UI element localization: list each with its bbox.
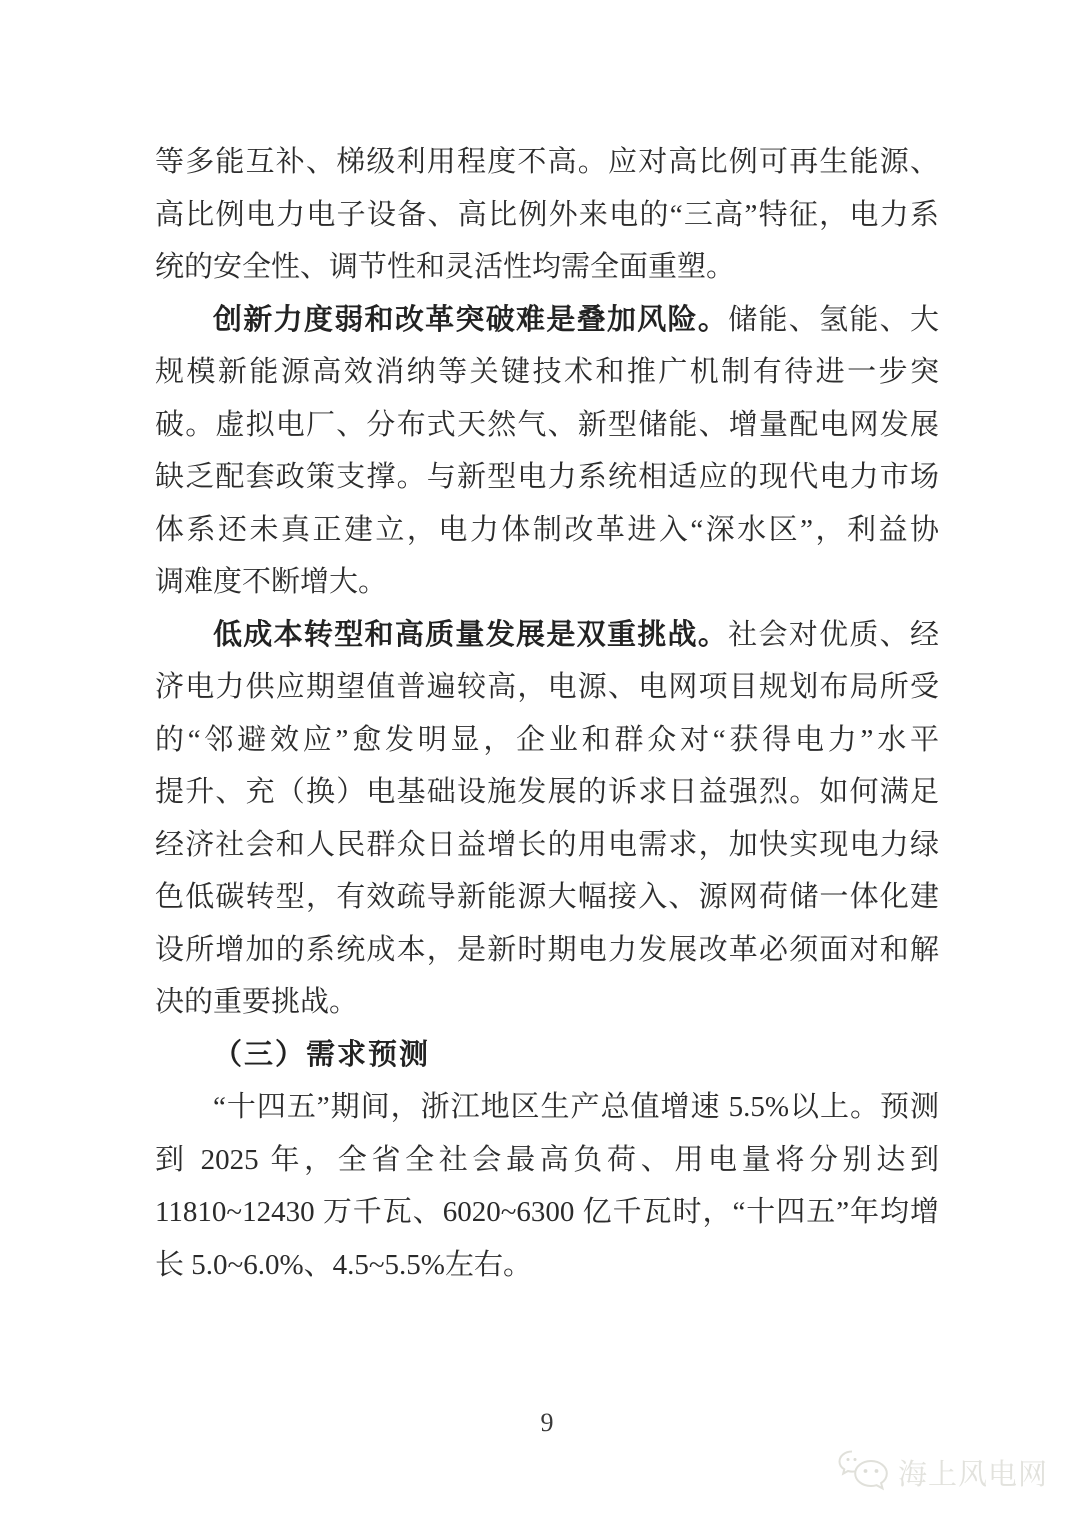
paragraph: “十四五”期间，浙江地区生产总值增速 5.5%以上。预测 到 2025 年，全省…: [155, 1081, 939, 1291]
text-run: 规模新能源高效消纳等关键技术和推广机制有待进一步突: [155, 356, 939, 388]
text-line: 的“邻避效应”愈发明显，企业和群众对“获得电力”水平: [155, 714, 939, 767]
wechat-icon: [837, 1449, 891, 1495]
watermark: 海上风电网: [837, 1449, 1048, 1495]
text-line: 创新力度弱和改革突破难是叠加风险。储能、氢能、大: [155, 294, 939, 347]
watermark-text: 海上风电网: [898, 1452, 1048, 1493]
text-run: “十四五”期间，浙江地区生产总值增速 5.5%以上。预测: [213, 1091, 939, 1123]
text-run: 等多能互补、梯级利用程度不高。应对高比例可再生能源、: [155, 146, 939, 178]
bold-lead-run: 创新力度弱和改革突破难是叠加风险。: [213, 304, 728, 336]
text-run: 色低碳转型，有效疏导新能源大幅接入、源网荷储一体化建: [155, 881, 939, 913]
text-line: 决的重要挑战。: [155, 976, 939, 1029]
text-line: 调难度不断增大。: [155, 556, 939, 609]
section-heading: （三）需求预测: [155, 1029, 939, 1082]
document-page: 等多能互补、梯级利用程度不高。应对高比例可再生能源、 高比例电力电子设备、高比例…: [0, 0, 1080, 1527]
text-run: 的“邻避效应”愈发明显，企业和群众对“获得电力”水平: [155, 724, 939, 756]
text-line: 规模新能源高效消纳等关键技术和推广机制有待进一步突: [155, 346, 939, 399]
text-line: “十四五”期间，浙江地区生产总值增速 5.5%以上。预测: [155, 1081, 939, 1134]
text-line: 经济社会和人民群众日益增长的用电需求，加快实现电力绿: [155, 819, 939, 872]
document-body: 等多能互补、梯级利用程度不高。应对高比例可再生能源、 高比例电力电子设备、高比例…: [155, 136, 939, 1291]
heading-line: （三）需求预测: [155, 1029, 939, 1082]
text-run: 统的安全性、调节性和灵活性均需全面重塑。: [155, 251, 735, 283]
text-run: 体系还未真正建立，电力体制改革进入“深水区”，利益协: [155, 514, 939, 546]
text-run: 高比例电力电子设备、高比例外来电的“三高”特征，电力系: [155, 199, 939, 231]
text-line: 济电力供应期望值普遍较高，电源、电网项目规划布局所受: [155, 661, 939, 714]
text-run: 破。虚拟电厂、分布式天然气、新型储能、增量配电网发展: [155, 409, 939, 441]
text-line: 设所增加的系统成本，是新时期电力发展改革必须面对和解: [155, 924, 939, 977]
text-run: 储能、氢能、大: [728, 304, 939, 336]
text-line: 等多能互补、梯级利用程度不高。应对高比例可再生能源、: [155, 136, 939, 189]
text-run: 决的重要挑战。: [155, 986, 358, 1018]
text-line: 破。虚拟电厂、分布式天然气、新型储能、增量配电网发展: [155, 399, 939, 452]
text-line: 高比例电力电子设备、高比例外来电的“三高”特征，电力系: [155, 189, 939, 242]
text-run: 11810~12430 万千瓦、6020~6300 亿千瓦时，“十四五”年均增: [155, 1196, 939, 1228]
paragraph: 等多能互补、梯级利用程度不高。应对高比例可再生能源、 高比例电力电子设备、高比例…: [155, 136, 939, 294]
text-run: 提升、充（换）电基础设施发展的诉求日益强烈。如何满足: [155, 776, 939, 808]
text-run: 到 2025 年，全省全社会最高负荷、用电量将分别达到: [155, 1144, 939, 1176]
page-number: 9: [541, 1408, 554, 1437]
paragraph: 创新力度弱和改革突破难是叠加风险。储能、氢能、大 规模新能源高效消纳等关键技术和…: [155, 294, 939, 609]
text-run: 济电力供应期望值普遍较高，电源、电网项目规划布局所受: [155, 671, 939, 703]
text-line: 到 2025 年，全省全社会最高负荷、用电量将分别达到: [155, 1134, 939, 1187]
text-run: 缺乏配套政策支撑。与新型电力系统相适应的现代电力市场: [155, 461, 939, 493]
text-run: 调难度不断增大。: [155, 566, 387, 598]
heading-text: （三）需求预测: [213, 1039, 430, 1071]
text-line: 统的安全性、调节性和灵活性均需全面重塑。: [155, 241, 939, 294]
paragraph: 低成本转型和高质量发展是双重挑战。社会对优质、经 济电力供应期望值普遍较高，电源…: [155, 609, 939, 1029]
page-footer: 9: [155, 1408, 939, 1438]
text-line: 低成本转型和高质量发展是双重挑战。社会对优质、经: [155, 609, 939, 662]
bold-lead-run: 低成本转型和高质量发展是双重挑战。: [213, 619, 728, 651]
text-run: 设所增加的系统成本，是新时期电力发展改革必须面对和解: [155, 934, 939, 966]
text-line: 缺乏配套政策支撑。与新型电力系统相适应的现代电力市场: [155, 451, 939, 504]
text-line: 11810~12430 万千瓦、6020~6300 亿千瓦时，“十四五”年均增: [155, 1186, 939, 1239]
text-line: 长 5.0~6.0%、4.5~5.5%左右。: [155, 1239, 939, 1292]
text-line: 体系还未真正建立，电力体制改革进入“深水区”，利益协: [155, 504, 939, 557]
text-run: 经济社会和人民群众日益增长的用电需求，加快实现电力绿: [155, 829, 939, 861]
text-run: 社会对优质、经: [728, 619, 939, 651]
text-line: 色低碳转型，有效疏导新能源大幅接入、源网荷储一体化建: [155, 871, 939, 924]
text-run: 长 5.0~6.0%、4.5~5.5%左右。: [155, 1249, 532, 1281]
text-line: 提升、充（换）电基础设施发展的诉求日益强烈。如何满足: [155, 766, 939, 819]
